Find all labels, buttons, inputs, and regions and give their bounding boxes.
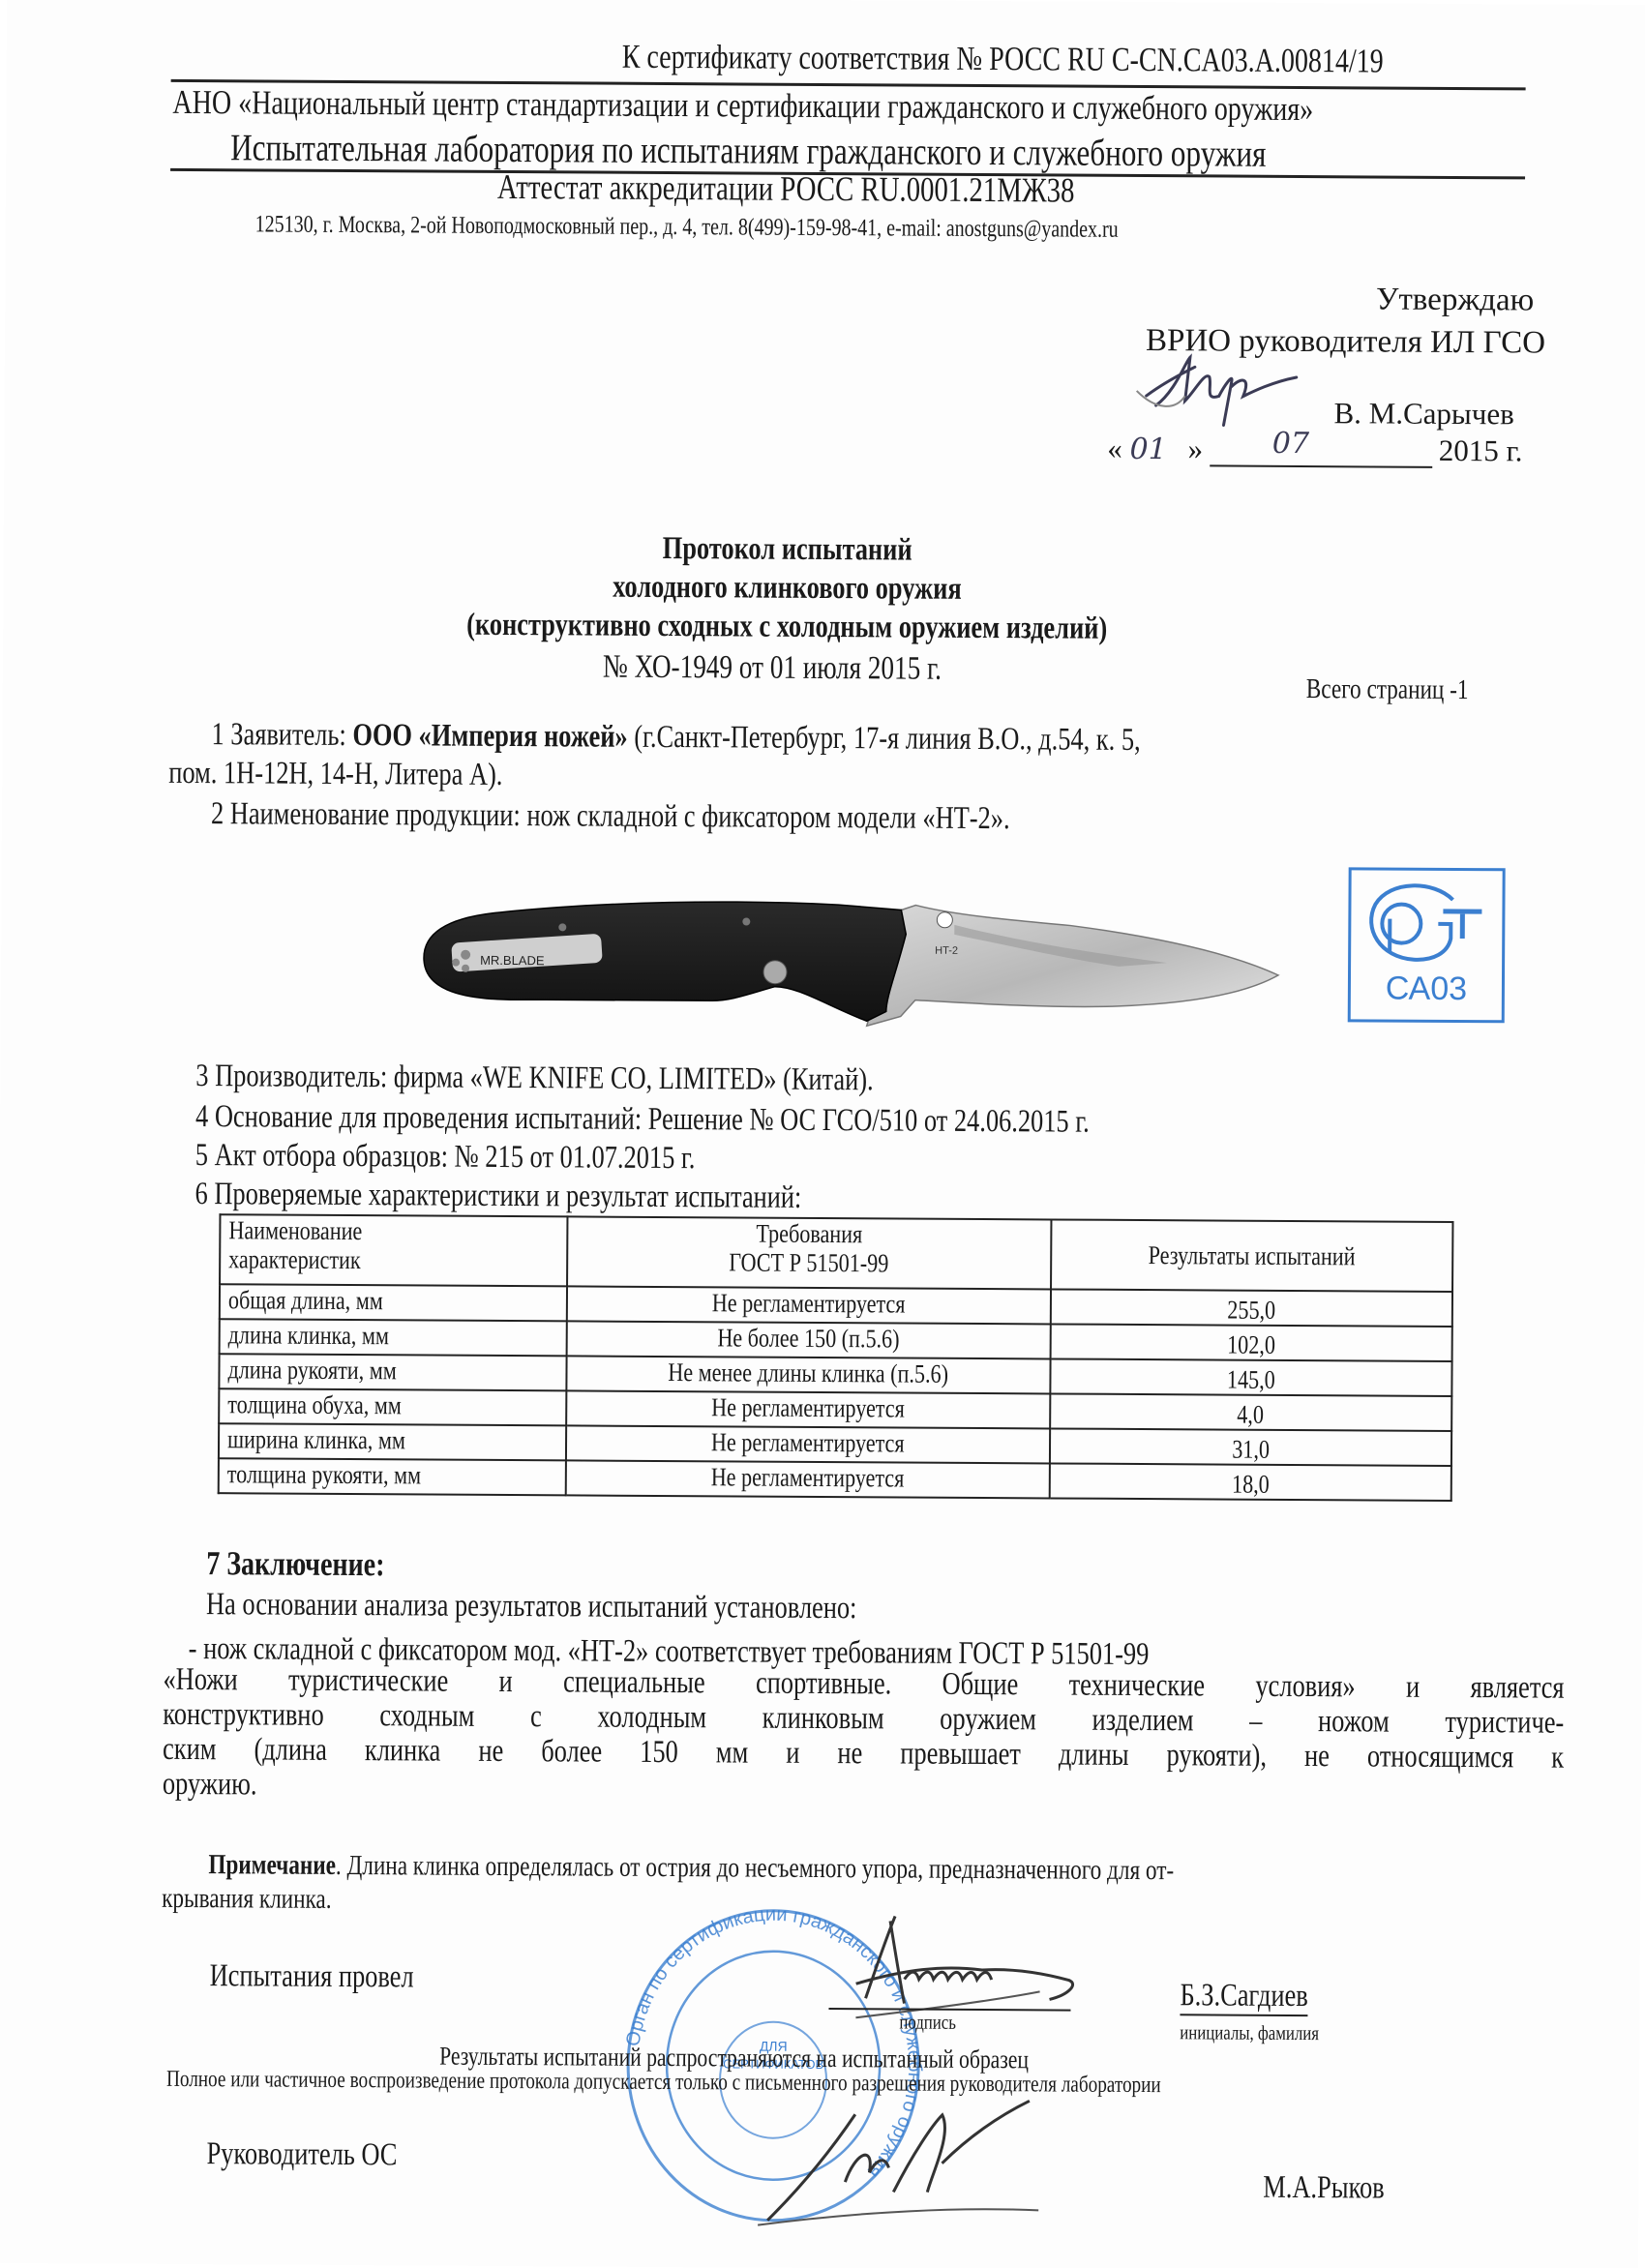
applicant-label: 1 Заявитель: — [211, 717, 352, 753]
row-requirement: Не регламентируется — [566, 1425, 1049, 1463]
clip-brand: MR.BLADE — [480, 953, 545, 968]
date-month: 07 — [1272, 427, 1309, 461]
document-title: Протокол испытаний — [130, 528, 1446, 572]
row-requirement: Не более 150 (п.5.6) — [567, 1321, 1050, 1358]
document-subtitle: холодного клинкового оружия — [129, 567, 1445, 611]
note-continued: крывания клинка. — [162, 1883, 332, 1916]
row-requirement: Не регламентируется — [567, 1390, 1050, 1428]
conclusion-line: ским (длина клинка не более 150 мм и не … — [163, 1732, 1564, 1776]
note: Примечание. Длина клинка определялась от… — [208, 1849, 1174, 1887]
quote-close: » — [1187, 432, 1203, 465]
header-characteristic: Наименованиехарактеристик — [220, 1214, 568, 1286]
reproduction-notice: Полное или частичное воспроизведение про… — [166, 2067, 1161, 2099]
head-label: Руководитель ОС — [206, 2136, 397, 2173]
knife-photo: MR.BLADE HT-2 — [412, 873, 1284, 1037]
row-characteristic: длина рукояти, мм — [219, 1354, 567, 1390]
conclusion-heading: 7 Заключение: — [206, 1544, 384, 1584]
certification-code: СА03 — [1351, 970, 1502, 1008]
row-result: 255,0 — [1051, 1289, 1452, 1327]
section-product: 2 Наименование продукции: нож складной с… — [211, 796, 1010, 837]
section-basis: 4 Основание для проведения испытаний: Ре… — [195, 1099, 1090, 1141]
date-month-line: 07 — [1211, 437, 1433, 467]
accreditation: Аттестат аккредитации РОСС RU.0001.21МЖ3… — [497, 166, 1075, 211]
protocol-number: № ХО-1949 от 01 июля 2015 г. — [603, 649, 942, 688]
date-year: 2015 г. — [1439, 433, 1523, 468]
row-characteristic: общая длина, мм — [220, 1284, 568, 1321]
applicant-address-2: пом. 1Н-12Н, 14-Н, Литера А). — [168, 756, 502, 793]
quote-open: « — [1107, 432, 1122, 465]
organization-name: АНО «Национальный центр стандартизации и… — [172, 83, 1313, 129]
section-manufacturer: 3 Производитель: фирма «WE KNIFE CO, LIM… — [195, 1059, 874, 1098]
row-result: 18,0 — [1049, 1463, 1451, 1501]
section-applicant: 1 Заявитель: ООО «Империя ножей» (г.Санк… — [211, 717, 1140, 759]
page-count: Всего страниц -1 — [1306, 673, 1469, 706]
row-result: 102,0 — [1050, 1324, 1451, 1361]
row-requirement: Не менее длины клинка (п.5.6) — [567, 1356, 1050, 1393]
certificate-page: К сертификату соответствия № РОСС RU C-C… — [0, 0, 1645, 2268]
row-result: 4,0 — [1050, 1393, 1451, 1431]
row-requirement: Не регламентируется — [566, 1460, 1049, 1498]
section-sampling-act: 5 Акт отбора образцов: № 215 от 01.07.20… — [195, 1138, 696, 1177]
section-characteristics: 6 Проверяемые характеристики и результат… — [194, 1177, 801, 1216]
conclusion-intro: На основании анализа результатов испытан… — [206, 1587, 857, 1626]
table-row: толщина рукояти, ммНе регламентируется18… — [219, 1458, 1451, 1501]
approver-signature-icon — [1126, 352, 1310, 431]
signature-caption: подпись — [899, 2011, 956, 2035]
row-characteristic: толщина обуха, мм — [219, 1388, 567, 1425]
row-requirement: Не регламентируется — [567, 1286, 1050, 1324]
row-characteristic: ширина клинка, мм — [219, 1423, 567, 1460]
certification-mark: СА03 — [1348, 867, 1506, 1023]
document-subtitle-2: (конструктивно сходных с холодным оружие… — [129, 606, 1445, 649]
note-label: Примечание — [208, 1849, 336, 1881]
table-header-row: Наименованиехарактеристик ТребованияГОСТ… — [220, 1214, 1452, 1292]
date-day: 01 — [1129, 433, 1166, 466]
note-text: . Длина клинка определялась от острия до… — [336, 1850, 1174, 1886]
applicant-address: (г.Санкт-Петербург, 17-я линия В.О., д.5… — [628, 720, 1141, 758]
approver-position: ВРИО руководителя ИЛ ГСО — [1146, 319, 1545, 365]
approval-block: Утверждаю ВРИО руководителя ИЛ ГСО — [1146, 277, 1545, 365]
tester-name: Б.З.Сагдиев — [1180, 1978, 1307, 2016]
applicant-name: ООО «Империя ножей» — [352, 718, 628, 755]
row-result: 145,0 — [1050, 1358, 1451, 1396]
blade-mark: HT-2 — [935, 945, 958, 957]
header-result: Результаты испытаний — [1051, 1219, 1453, 1292]
row-result: 31,0 — [1050, 1428, 1451, 1466]
certificate-reference: К сертификату соответствия № РОСС RU C-C… — [622, 38, 1384, 81]
head-name: М.А.Рыков — [1263, 2170, 1385, 2207]
row-characteristic: длина клинка, мм — [220, 1319, 568, 1356]
row-characteristic: толщина рукояти, мм — [219, 1458, 567, 1495]
header-requirement: ТребованияГОСТ Р 51501-99 — [567, 1216, 1051, 1289]
rst-logo-icon — [1351, 870, 1503, 977]
contact-address: 125130, г. Москва, 2-ой Новоподмосковный… — [255, 211, 1119, 243]
approve-word: Утверждаю — [1146, 277, 1545, 322]
conclusion-line: оружию. — [163, 1767, 257, 1804]
tested-by-label: Испытания провел — [210, 1958, 414, 1995]
tester-caption: инициалы, фамилия — [1180, 2020, 1319, 2045]
approval-date: « 01 » 072015 г. — [1107, 432, 1522, 469]
head-signature-icon — [748, 2095, 1097, 2232]
results-table: Наименованиехарактеристик ТребованияГОСТ… — [218, 1213, 1454, 1502]
approver-name: В. М.Сарычев — [1333, 396, 1513, 432]
